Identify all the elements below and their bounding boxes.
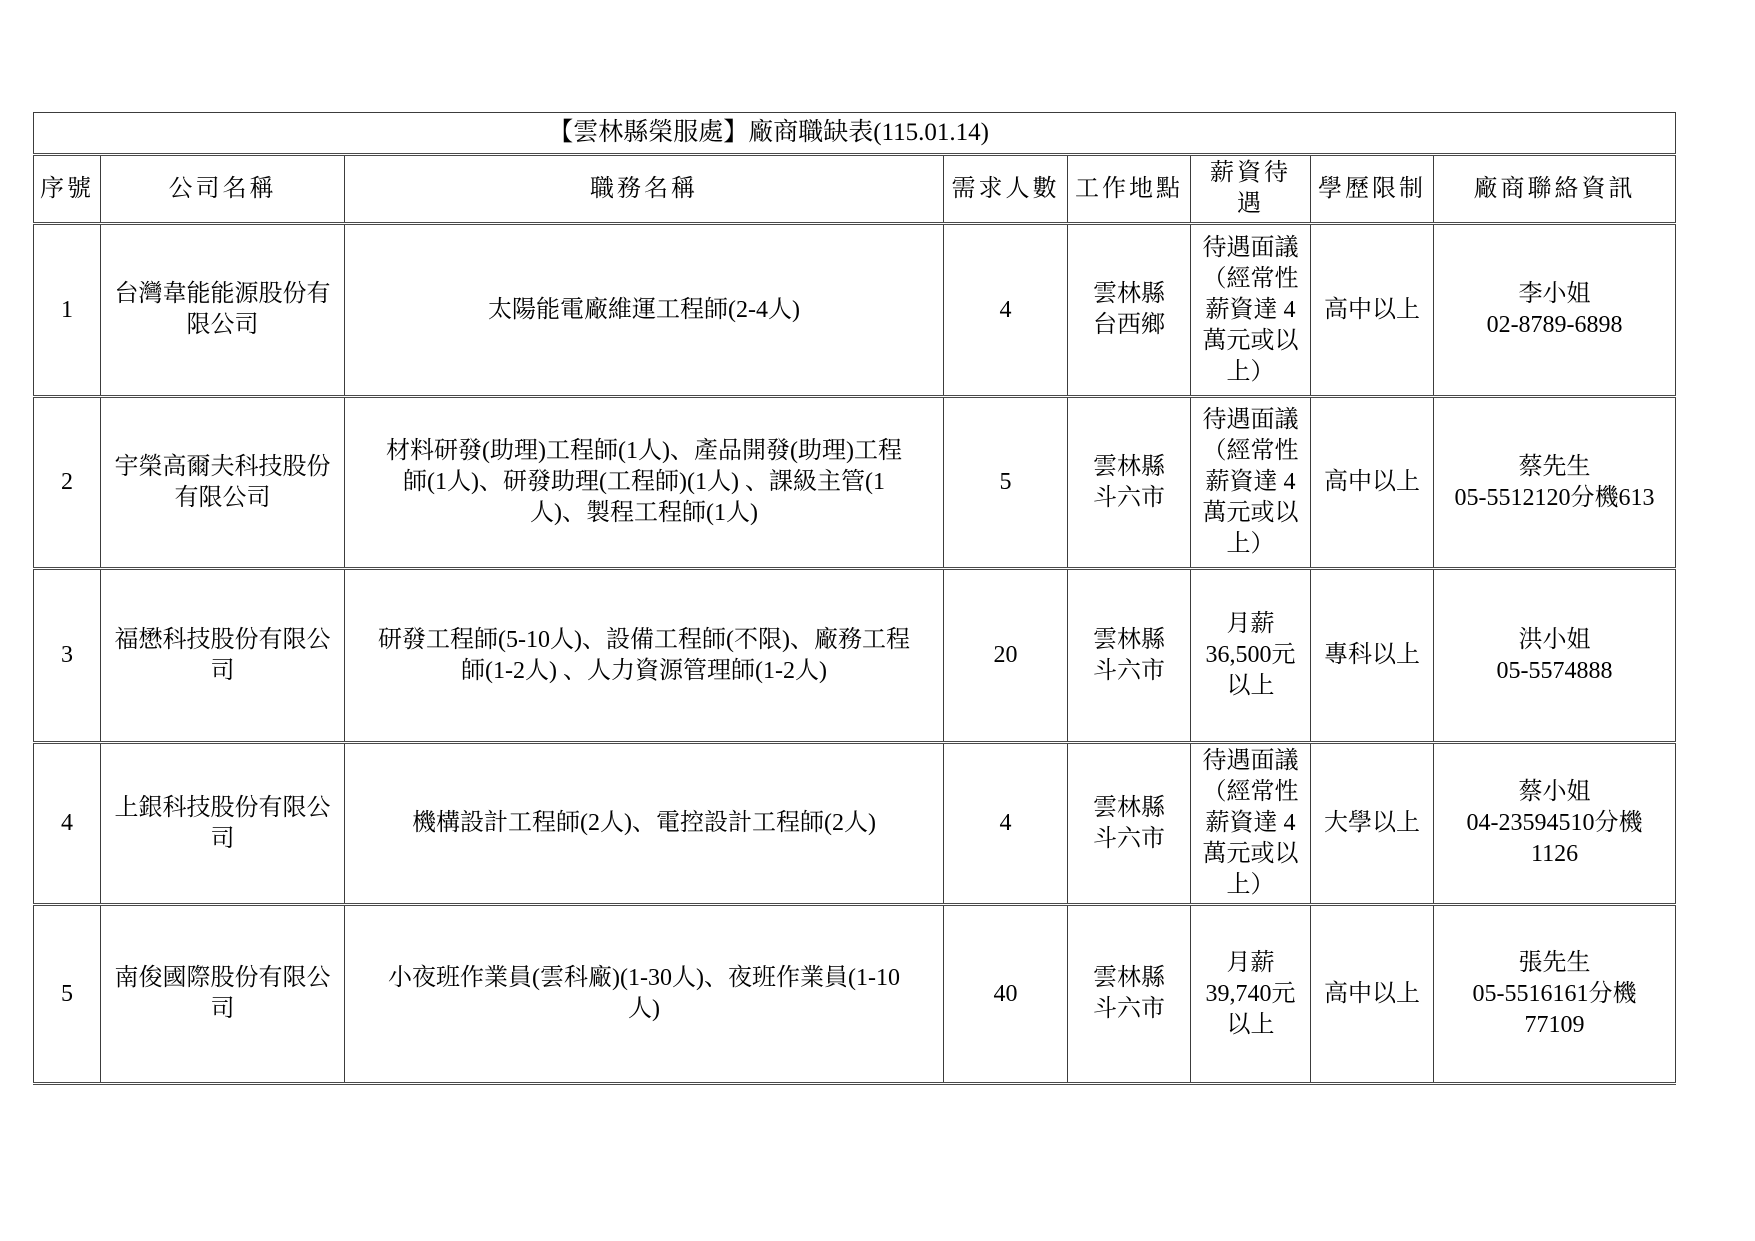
- cell-education: 高中以上: [1311, 905, 1434, 1084]
- cell-location: 雲林縣 斗六市: [1068, 569, 1191, 743]
- cell-location: 雲林縣 斗六市: [1068, 743, 1191, 905]
- cell-company: 宇榮高爾夫科技股份 有限公司: [101, 397, 345, 569]
- cell-education: 專科以上: [1311, 569, 1434, 743]
- cell-seq: 1: [34, 224, 101, 397]
- col-header-contact: 廠商聯絡資訊: [1434, 155, 1676, 224]
- cell-headcount: 4: [944, 224, 1068, 397]
- cell-contact: 蔡先生 05-5512120分機613: [1434, 397, 1676, 569]
- cell-salary: 待遇面議 （經常性 薪資達 4 萬元或以 上）: [1191, 743, 1311, 905]
- cell-salary: 月薪 39,740元 以上: [1191, 905, 1311, 1084]
- cell-contact: 張先生 05-5516161分機 77109: [1434, 905, 1676, 1084]
- col-header-seq: 序號: [34, 155, 101, 224]
- document-page: 【雲林縣榮服處】廠商職缺表(115.01.14) 序號 公司名稱 職務名稱 需求…: [0, 0, 1755, 1241]
- table-row: 3 福懋科技股份有限公 司 研發工程師(5-10人)、設備工程師(不限)、廠務工…: [34, 569, 1676, 743]
- cell-headcount: 20: [944, 569, 1068, 743]
- cell-headcount: 4: [944, 743, 1068, 905]
- col-header-salary: 薪資待遇: [1191, 155, 1311, 224]
- cell-job-title: 機構設計工程師(2人)、電控設計工程師(2人): [345, 743, 944, 905]
- cell-seq: 2: [34, 397, 101, 569]
- cell-education: 高中以上: [1311, 224, 1434, 397]
- cell-company: 上銀科技股份有限公 司: [101, 743, 345, 905]
- cell-salary: 待遇面議 （經常性 薪資達 4 萬元或以 上）: [1191, 224, 1311, 397]
- cell-contact: 洪小姐 05-5574888: [1434, 569, 1676, 743]
- cell-location: 雲林縣 斗六市: [1068, 905, 1191, 1084]
- cell-seq: 5: [34, 905, 101, 1084]
- cell-company: 南俊國際股份有限公 司: [101, 905, 345, 1084]
- cell-headcount: 40: [944, 905, 1068, 1084]
- table-title-row: 【雲林縣榮服處】廠商職缺表(115.01.14): [34, 113, 1676, 155]
- table-row: 4 上銀科技股份有限公 司 機構設計工程師(2人)、電控設計工程師(2人) 4 …: [34, 743, 1676, 905]
- cell-salary: 月薪 36,500元 以上: [1191, 569, 1311, 743]
- col-header-location: 工作地點: [1068, 155, 1191, 224]
- table-row: 5 南俊國際股份有限公 司 小夜班作業員(雲科廠)(1-30人)、夜班作業員(1…: [34, 905, 1676, 1084]
- table-row: 1 台灣韋能能源股份有 限公司 太陽能電廠維運工程師(2-4人) 4 雲林縣 台…: [34, 224, 1676, 397]
- cell-location: 雲林縣 台西鄉: [1068, 224, 1191, 397]
- col-header-company: 公司名稱: [101, 155, 345, 224]
- cell-education: 大學以上: [1311, 743, 1434, 905]
- cell-salary: 待遇面議 （經常性 薪資達 4 萬元或以 上）: [1191, 397, 1311, 569]
- cell-job-title: 太陽能電廠維運工程師(2-4人): [345, 224, 944, 397]
- table-title: 【雲林縣榮服處】廠商職缺表(115.01.14): [34, 113, 1676, 155]
- table-header-row: 序號 公司名稱 職務名稱 需求人數 工作地點 薪資待遇 學歷限制 廠商聯絡資訊: [34, 155, 1676, 224]
- col-header-job-title: 職務名稱: [345, 155, 944, 224]
- cell-contact: 蔡小姐 04-23594510分機 1126: [1434, 743, 1676, 905]
- cell-education: 高中以上: [1311, 397, 1434, 569]
- cell-job-title: 小夜班作業員(雲科廠)(1-30人)、夜班作業員(1-10 人): [345, 905, 944, 1084]
- cell-seq: 3: [34, 569, 101, 743]
- cell-company: 福懋科技股份有限公 司: [101, 569, 345, 743]
- cell-contact: 李小姐 02-8789-6898: [1434, 224, 1676, 397]
- cell-headcount: 5: [944, 397, 1068, 569]
- job-vacancy-table: 【雲林縣榮服處】廠商職缺表(115.01.14) 序號 公司名稱 職務名稱 需求…: [33, 112, 1676, 1085]
- col-header-headcount: 需求人數: [944, 155, 1068, 224]
- cell-job-title: 研發工程師(5-10人)、設備工程師(不限)、廠務工程 師(1-2人) 、人力資…: [345, 569, 944, 743]
- cell-location: 雲林縣 斗六市: [1068, 397, 1191, 569]
- cell-job-title: 材料研發(助理)工程師(1人)、產品開發(助理)工程 師(1人)、研發助理(工程…: [345, 397, 944, 569]
- table-row: 2 宇榮高爾夫科技股份 有限公司 材料研發(助理)工程師(1人)、產品開發(助理…: [34, 397, 1676, 569]
- col-header-education: 學歷限制: [1311, 155, 1434, 224]
- cell-company: 台灣韋能能源股份有 限公司: [101, 224, 345, 397]
- cell-seq: 4: [34, 743, 101, 905]
